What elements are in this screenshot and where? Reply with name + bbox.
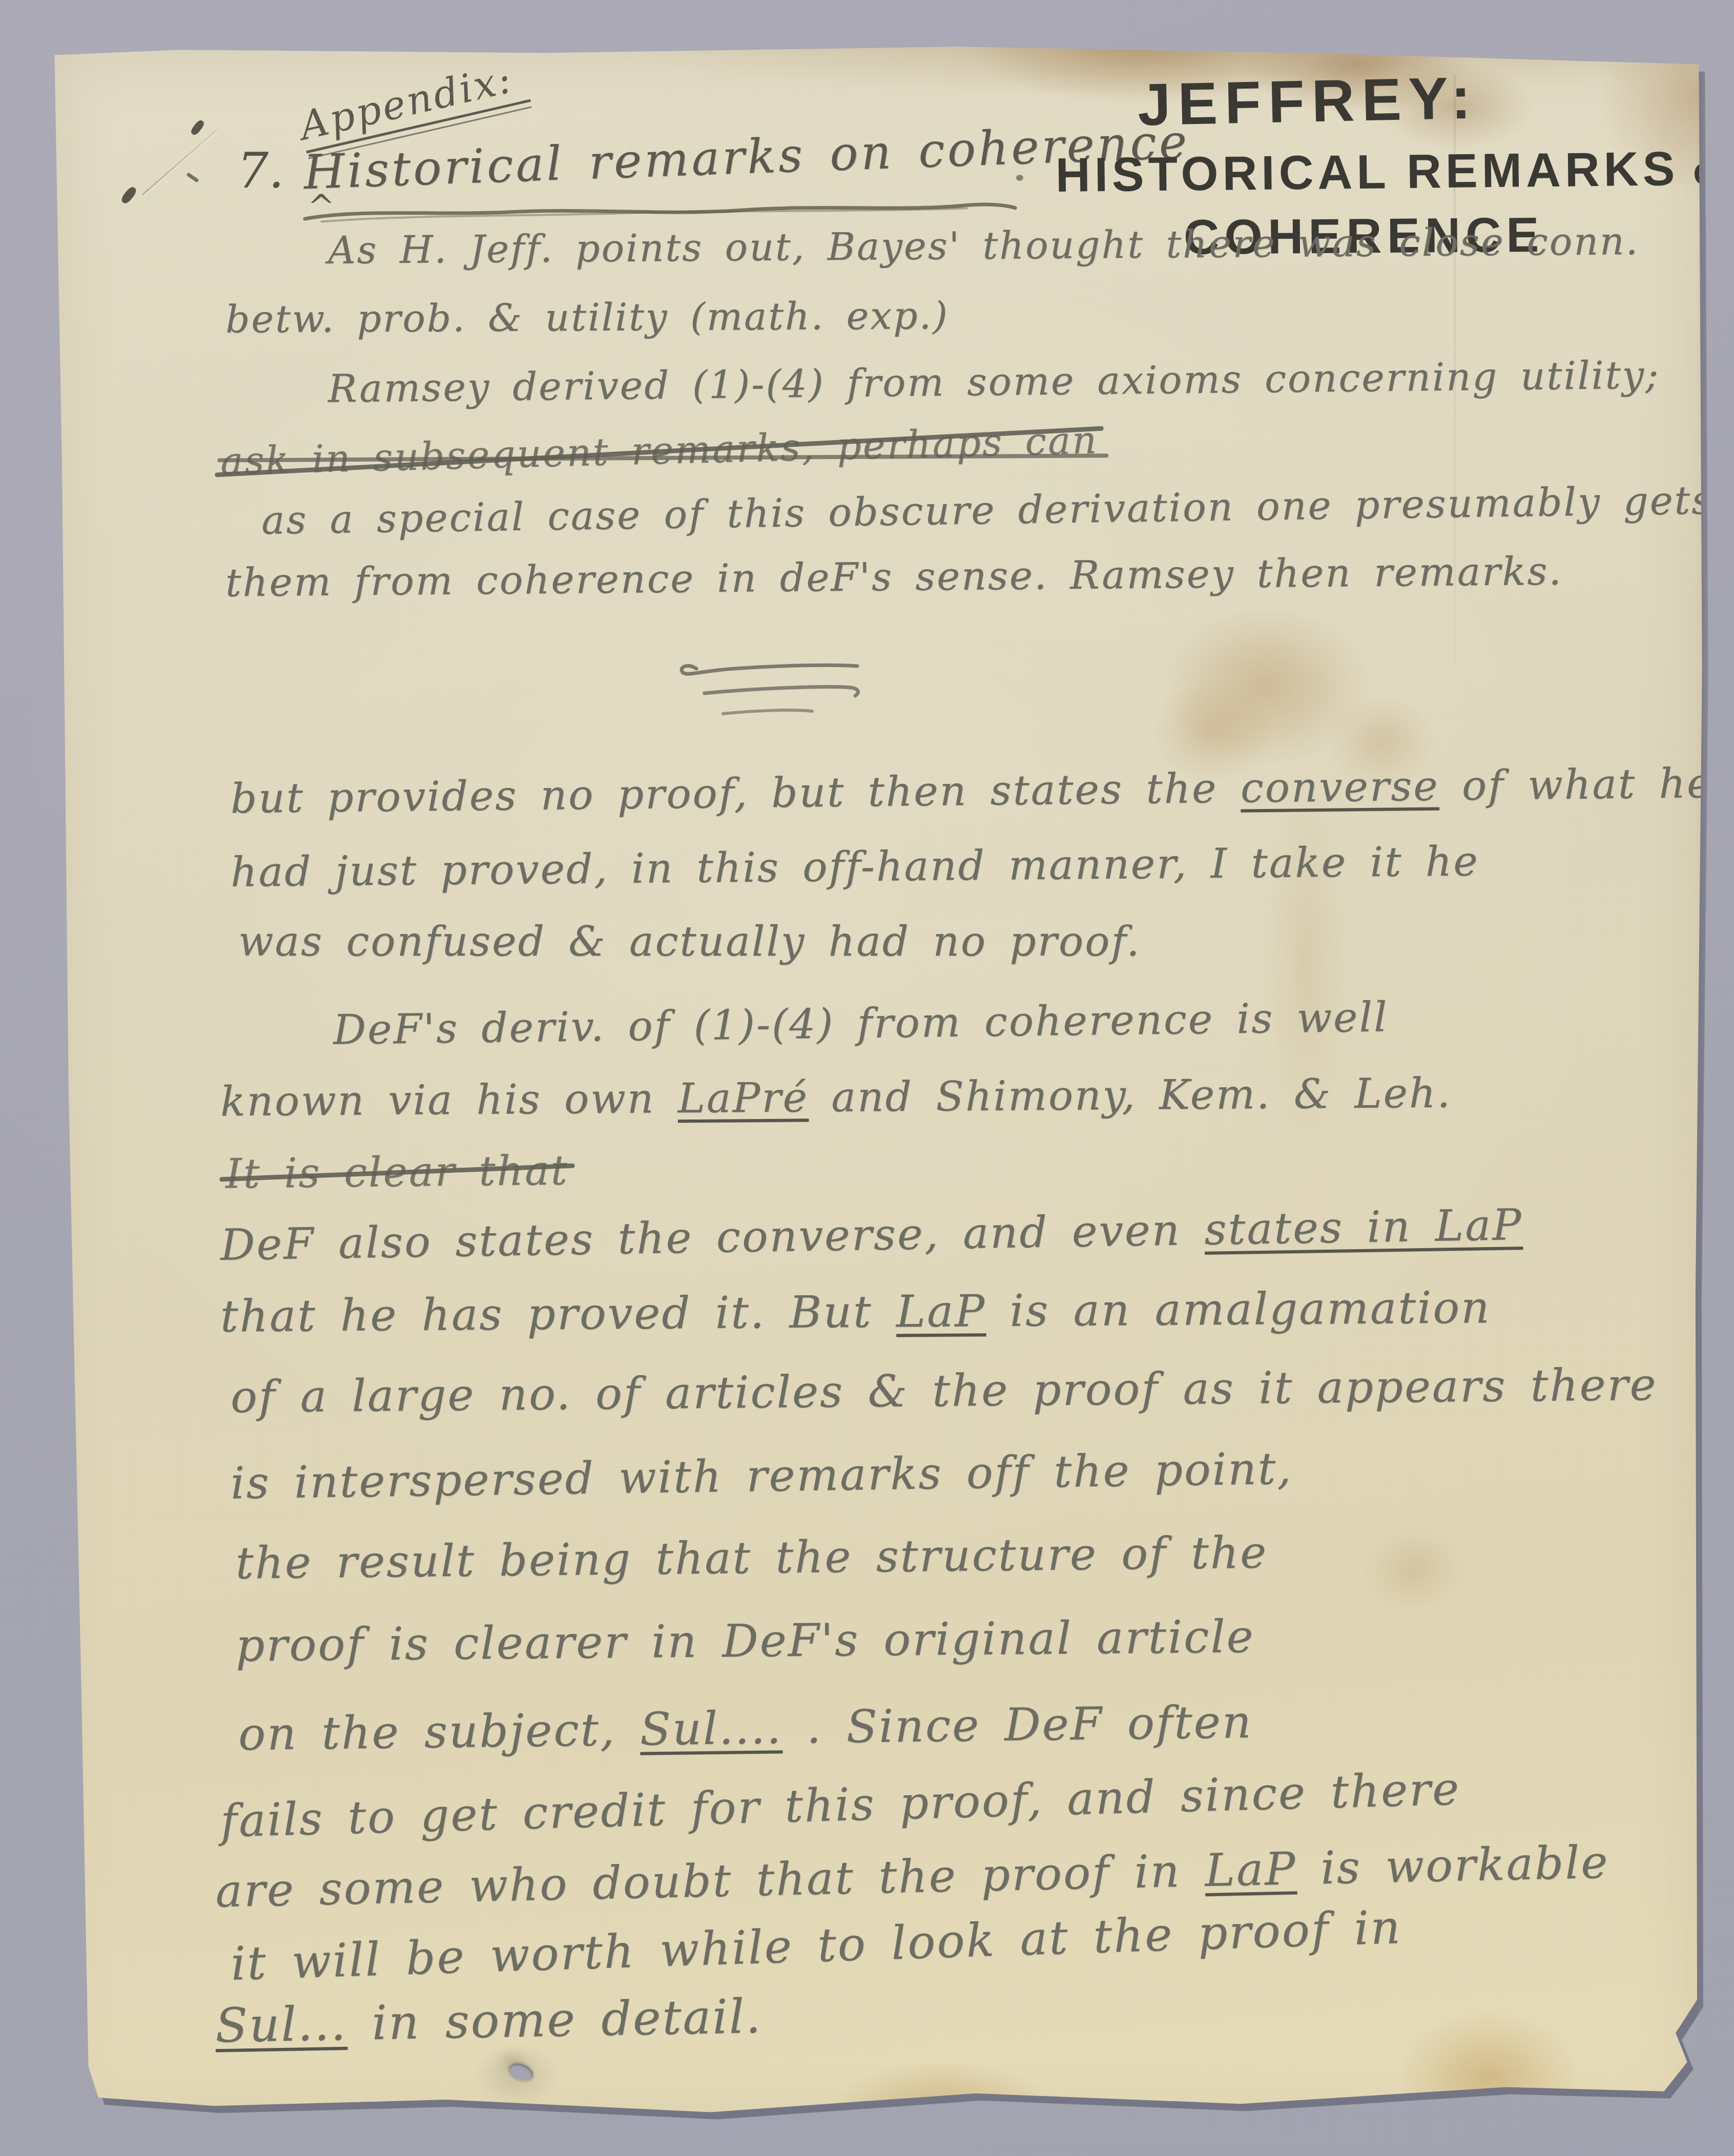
- text-segment: it will be worth while to look at the pr…: [230, 1900, 1402, 1991]
- text-segment: DeF also states the converse, and even: [220, 1205, 1205, 1270]
- manuscript-line: As H. Jeff. points out, Bayes' thought t…: [328, 219, 1640, 273]
- scan-background: Appendix: 7. Historical remarks on coher…: [0, 0, 1734, 2156]
- manuscript-line: of a large no. of articles & the proof a…: [231, 1359, 1658, 1423]
- text-segment: them from coherence in deF's sense. Rams…: [225, 548, 1563, 606]
- underlined-text: Sul...: [215, 1996, 347, 2053]
- manuscript-line: ask in subsequent remarks, perhaps can: [220, 418, 1099, 484]
- text-segment: Ramsey derived (1)-(4) from some axioms …: [328, 352, 1660, 411]
- manuscript-line: Ramsey derived (1)-(4) from some axioms …: [328, 352, 1660, 411]
- text-segment: known via his own: [220, 1074, 678, 1125]
- manuscript-body: As H. Jeff. points out, Bayes' thought t…: [49, 44, 1704, 2129]
- text-segment: is an amalgamation: [986, 1282, 1491, 1337]
- manuscript-line: proof is clearer in DeF's original artic…: [236, 1610, 1255, 1671]
- manuscript-line: fails to get credit for this proof, and …: [220, 1762, 1461, 1847]
- underlined-text: converse: [1240, 762, 1439, 812]
- manuscript-line: Sul... in some detail.: [215, 1989, 762, 2054]
- text-segment: on the subject,: [238, 1703, 640, 1761]
- text-segment: betw. prob. & utility (math. exp.): [225, 294, 949, 341]
- text-segment: It is clear that: [225, 1146, 569, 1197]
- manuscript-line: the result being that the structure of t…: [236, 1527, 1268, 1589]
- manuscript-page: Appendix: 7. Historical remarks on coher…: [49, 44, 1704, 2129]
- text-segment: in some detail.: [347, 1989, 763, 2051]
- text-segment: As H. Jeff. points out, Bayes' thought t…: [328, 219, 1640, 273]
- text-segment: is interspersed with remarks off the poi…: [230, 1443, 1293, 1509]
- manuscript-line: that he has proved it. But LaP is an ama…: [220, 1282, 1491, 1342]
- text-segment: is workable: [1296, 1836, 1609, 1895]
- text-segment: the result being that the structure of t…: [236, 1527, 1268, 1589]
- underlined-text: LaPré: [677, 1073, 809, 1122]
- manuscript-line: betw. prob. & utility (math. exp.): [225, 294, 949, 341]
- text-segment: and Shimony, Kem. & Leh.: [809, 1069, 1452, 1122]
- text-segment: . Since DeF often: [782, 1695, 1253, 1754]
- manuscript-line: known via his own LaPré and Shimony, Kem…: [220, 1069, 1452, 1126]
- underlined-text: LaP: [1204, 1842, 1297, 1897]
- underlined-text: Sul....: [639, 1701, 782, 1755]
- text-segment: as a special case of this obscure deriva…: [261, 477, 1714, 543]
- manuscript-line: as a special case of this obscure deriva…: [261, 477, 1714, 543]
- text-segment: that he has proved it. But: [220, 1286, 897, 1342]
- manuscript-line: is interspersed with remarks off the poi…: [230, 1443, 1293, 1509]
- manuscript-line: it will be worth while to look at the pr…: [230, 1900, 1402, 1991]
- underlined-text: LaP: [896, 1286, 986, 1337]
- text-segment: of what he: [1439, 759, 1713, 810]
- underlined-text: states in LaP: [1204, 1199, 1523, 1255]
- manuscript-line: DeF's deriv. of (1)-(4) from coherence i…: [333, 993, 1389, 1053]
- text-segment: fails to get credit for this proof, and …: [220, 1762, 1461, 1847]
- text-segment: proof is clearer in DeF's original artic…: [236, 1610, 1255, 1671]
- manuscript-line: It is clear that: [225, 1146, 569, 1197]
- text-segment: DeF's deriv. of (1)-(4) from coherence i…: [333, 993, 1389, 1053]
- manuscript-line: was confused & actually had no proof.: [238, 918, 1141, 965]
- text-segment: of a large no. of articles & the proof a…: [231, 1359, 1658, 1423]
- manuscript-line: had just proved, in this off-hand manner…: [231, 837, 1479, 896]
- text-segment: had just proved, in this off-hand manner…: [231, 837, 1479, 896]
- manuscript-line: them from coherence in deF's sense. Rams…: [225, 548, 1563, 606]
- text-segment: are some who doubt that the proof in: [215, 1844, 1205, 1917]
- manuscript-line: on the subject, Sul.... . Since DeF ofte…: [238, 1695, 1253, 1760]
- text-segment: but provides no proof, but then states t…: [231, 764, 1241, 823]
- manuscript-line: DeF also states the converse, and even s…: [220, 1199, 1523, 1270]
- manuscript-line: but provides no proof, but then states t…: [231, 759, 1713, 822]
- text-segment: ask in subsequent remarks, perhaps can: [220, 418, 1099, 484]
- text-segment: was confused & actually had no proof.: [238, 918, 1141, 965]
